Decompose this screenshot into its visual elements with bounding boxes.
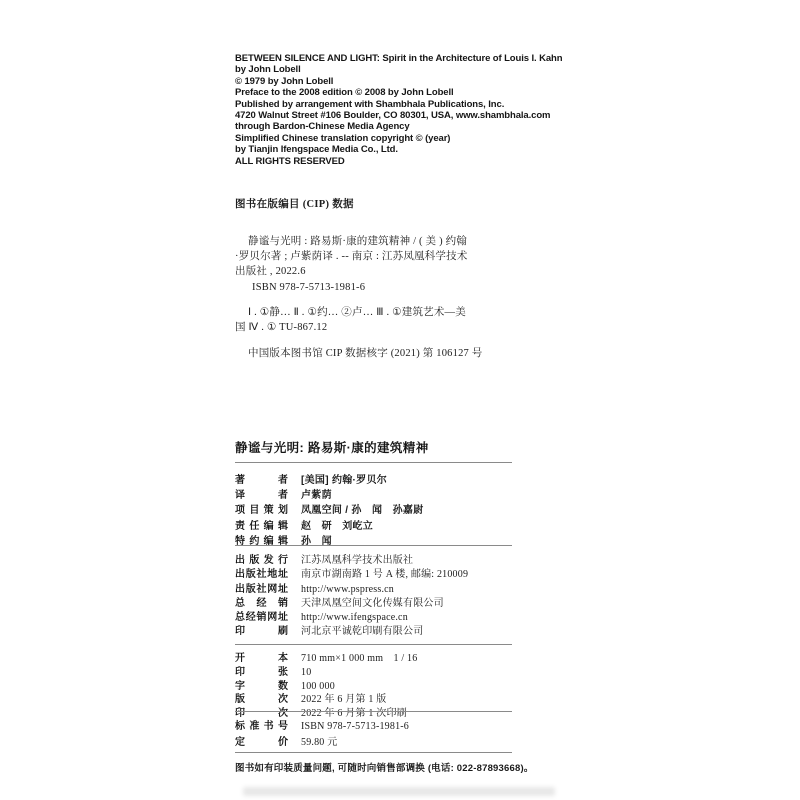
row-value: [美国] 约翰·罗贝尔	[301, 471, 387, 486]
row-label: 印刷	[235, 622, 288, 637]
table-row: 印刷 河北京平诚乾印刷有限公司	[235, 622, 468, 636]
table-row: 项目策划 凤凰空间 / 孙 闻 孙嘉尉	[235, 501, 424, 516]
copyright-page: BETWEEN SILENCE AND LIGHT: Spirit in the…	[0, 0, 800, 800]
table-row: 译者 卢紫荫	[235, 486, 424, 501]
english-line: by John Lobell	[235, 64, 562, 75]
row-value: 10	[301, 667, 311, 678]
row-value: 天津凤凰空间文化传媒有限公司	[301, 594, 444, 609]
row-label: 字数	[235, 677, 288, 692]
english-line: Published by arrangement with Shambhala …	[235, 99, 562, 110]
table-row: 印张 10	[235, 663, 417, 677]
row-value: 凤凰空间 / 孙 闻 孙嘉尉	[301, 501, 424, 516]
credits-table: 著者 [美国] 约翰·罗贝尔 译者 卢紫荫 项目策划 凤凰空间 / 孙 闻 孙嘉…	[235, 471, 424, 547]
english-line: © 1979 by John Lobell	[235, 76, 562, 87]
table-row: 出版社地址 南京市湖南路 1 号 A 楼, 邮编: 210009	[235, 565, 468, 579]
row-value: 河北京平诚乾印刷有限公司	[301, 622, 423, 637]
english-line: Preface to the 2008 edition © 2008 by Jo…	[235, 87, 562, 98]
isbn-price-table: 标准书号 ISBN 978-7-5713-1981-6 定价 59.80 元	[235, 717, 409, 748]
cip-paragraph: 静谧与光明 : 路易斯·康的建筑精神 / ( 美 ) 约翰 ·罗贝尔著 ; 卢紫…	[235, 234, 535, 295]
divider	[235, 711, 512, 712]
cip-line: 出版社 , 2022.6	[235, 264, 535, 279]
divider	[235, 752, 512, 753]
table-row: 总经销网址 http://www.ifengspace.cn	[235, 608, 468, 622]
english-copyright-block: BETWEEN SILENCE AND LIGHT: Spirit in the…	[235, 53, 562, 167]
divider	[235, 545, 512, 546]
cip-class-line: 国 Ⅳ . ① TU-867.12	[235, 320, 535, 335]
cip-classification: Ⅰ . ①静… Ⅱ . ①约… ②卢… Ⅲ . ①建筑艺术—美 国 Ⅳ . ① …	[235, 305, 535, 335]
specs-table: 开本 710 mm×1 000 mm 1 / 16 印张 10 字数 100 0…	[235, 649, 417, 718]
row-value: 59.80 元	[301, 733, 337, 748]
row-value: ISBN 978-7-5713-1981-6	[301, 721, 409, 732]
table-row: 开本 710 mm×1 000 mm 1 / 16	[235, 649, 417, 663]
row-label: 出版发行	[235, 551, 288, 566]
quality-notice: 图书如有印装质量问题, 可随时向销售部调换 (电话: 022-87893668)…	[235, 760, 534, 774]
cip-record-number: 中国版本图书馆 CIP 数据核字 (2021) 第 106127 号	[235, 345, 535, 360]
table-row: 标准书号 ISBN 978-7-5713-1981-6	[235, 717, 409, 733]
row-label: 印张	[235, 663, 288, 678]
publishing-table: 出版发行 江苏凤凰科学技术出版社 出版社地址 南京市湖南路 1 号 A 楼, 邮…	[235, 551, 468, 637]
cip-heading: 图书在版编目 (CIP) 数据	[235, 196, 354, 211]
table-row: 定价 59.80 元	[235, 733, 409, 749]
row-label: 开本	[235, 649, 288, 664]
row-label: 项目策划	[235, 501, 288, 516]
row-label: 总经销网址	[235, 608, 288, 623]
row-label: 版次	[235, 690, 288, 705]
row-value: 赵 研 刘屹立	[301, 517, 373, 532]
table-row: 出版社网址 http://www.pspress.cn	[235, 580, 468, 594]
cip-line: 静谧与光明 : 路易斯·康的建筑精神 / ( 美 ) 约翰	[235, 234, 535, 249]
english-line: 4720 Walnut Street #106 Boulder, CO 8030…	[235, 110, 562, 121]
row-label: 著者	[235, 471, 288, 486]
row-label: 责任编辑	[235, 517, 288, 532]
cip-isbn-line: ISBN 978-7-5713-1981-6	[235, 280, 535, 295]
row-label: 标准书号	[235, 717, 288, 732]
row-value: 江苏凤凰科学技术出版社	[301, 551, 413, 566]
english-line: by Tianjin Ifengspace Media Co., Ltd.	[235, 144, 562, 155]
row-label: 出版社地址	[235, 565, 288, 580]
cip-line: ·罗贝尔著 ; 卢紫荫译 . -- 南京 : 江苏凤凰科学技术	[235, 249, 535, 264]
english-line: through Bardon-Chinese Media Agency	[235, 121, 562, 132]
row-value: 卢紫荫	[301, 486, 332, 501]
cip-class-line: Ⅰ . ①静… Ⅱ . ①约… ②卢… Ⅲ . ①建筑艺术—美	[235, 305, 535, 320]
book-title: 静谧与光明: 路易斯·康的建筑精神	[235, 438, 429, 456]
print-ghost-artifact	[243, 787, 555, 796]
row-label: 出版社网址	[235, 580, 288, 595]
row-label: 译者	[235, 486, 288, 501]
row-value: 南京市湖南路 1 号 A 楼, 邮编: 210009	[301, 565, 468, 580]
english-line: ALL RIGHTS RESERVED	[235, 156, 562, 167]
divider	[235, 644, 512, 645]
table-row: 著者 [美国] 约翰·罗贝尔	[235, 471, 424, 486]
english-line: BETWEEN SILENCE AND LIGHT: Spirit in the…	[235, 53, 562, 64]
table-row: 责任编辑 赵 研 刘屹立	[235, 517, 424, 532]
table-row: 字数 100 000	[235, 677, 417, 691]
table-row: 版次 2022 年 6 月第 1 版	[235, 690, 417, 704]
table-row: 出版发行 江苏凤凰科学技术出版社	[235, 551, 468, 565]
divider-under-title	[235, 462, 512, 463]
row-label: 总经销	[235, 594, 288, 609]
row-label: 定价	[235, 733, 288, 748]
table-row: 总经销 天津凤凰空间文化传媒有限公司	[235, 594, 468, 608]
english-line: Simplified Chinese translation copyright…	[235, 133, 562, 144]
row-value: 710 mm×1 000 mm 1 / 16	[301, 649, 417, 664]
row-value: 2022 年 6 月第 1 版	[301, 690, 387, 705]
